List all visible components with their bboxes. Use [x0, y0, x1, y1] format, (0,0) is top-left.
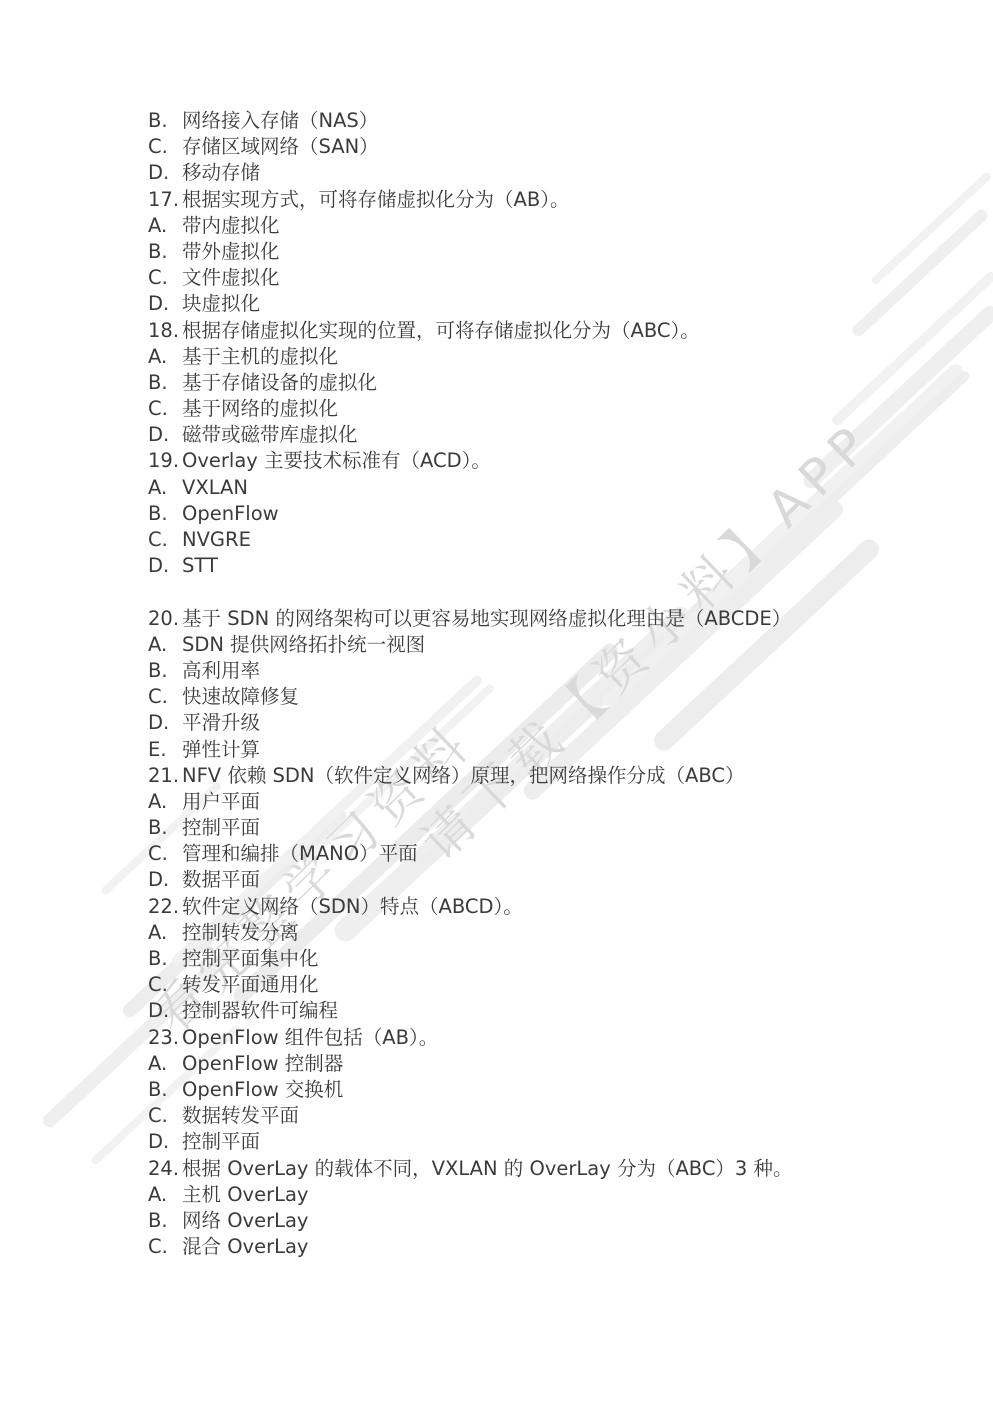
option-line: D.数据平面 [148, 867, 928, 893]
question-line: 24.根据 OverLay 的载体不同，VXLAN 的 OverLay 分为（A… [148, 1156, 928, 1182]
line-text: 移动存储 [182, 160, 260, 186]
option-line: C.快速故障修复 [148, 684, 928, 710]
line-text: 控制转发分离 [182, 920, 299, 946]
line-text: 基于主机的虚拟化 [182, 344, 338, 370]
option-line: B.OpenFlow 交换机 [148, 1077, 928, 1103]
line-text: 用户平面 [182, 789, 260, 815]
line-text: 带内虚拟化 [182, 213, 280, 239]
question-line: 20.基于 SDN 的网络架构可以更容易地实现网络虚拟化理由是（ABCDE） [148, 606, 928, 632]
line-label: D. [148, 160, 182, 186]
line-label: D. [148, 422, 182, 448]
line-text: 高利用率 [182, 658, 260, 684]
document-page: 看完整学习资料 请下载【资小料】APP B.网络接入存储（NAS）C.存储区域网… [0, 0, 993, 1404]
line-text: 数据转发平面 [182, 1103, 299, 1129]
line-text: VXLAN [182, 475, 248, 501]
line-label: B. [148, 501, 182, 527]
question-line: 23.OpenFlow 组件包括（AB）。 [148, 1025, 928, 1051]
line-label: C. [148, 841, 182, 867]
line-text: 基于 SDN 的网络架构可以更容易地实现网络虚拟化理由是（ABCDE） [182, 606, 791, 632]
line-text: 快速故障修复 [182, 684, 299, 710]
line-text: 软件定义网络（SDN）特点（ABCD）。 [182, 894, 523, 920]
line-label: D. [148, 867, 182, 893]
line-label: 18. [148, 318, 182, 344]
option-line: B.OpenFlow [148, 501, 928, 527]
line-text: 存储区域网络（SAN） [182, 134, 379, 160]
option-line: B.网络接入存储（NAS） [148, 108, 928, 134]
option-line: D.平滑升级 [148, 710, 928, 736]
option-line: E.弹性计算 [148, 737, 928, 763]
option-line: B.带外虚拟化 [148, 239, 928, 265]
option-line: D.块虚拟化 [148, 291, 928, 317]
option-line: B.基于存储设备的虚拟化 [148, 370, 928, 396]
option-line: B.网络 OverLay [148, 1208, 928, 1234]
option-line: A.带内虚拟化 [148, 213, 928, 239]
line-label: C. [148, 684, 182, 710]
option-line: A.SDN 提供网络拓扑统一视图 [148, 632, 928, 658]
option-line: B.高利用率 [148, 658, 928, 684]
option-line: A.基于主机的虚拟化 [148, 344, 928, 370]
option-line: C.文件虚拟化 [148, 265, 928, 291]
line-text: 根据实现方式，可将存储虚拟化分为（AB）。 [182, 187, 569, 213]
question-line: 17.根据实现方式，可将存储虚拟化分为（AB）。 [148, 187, 928, 213]
line-text: 弹性计算 [182, 737, 260, 763]
line-label: B. [148, 370, 182, 396]
option-line: C.基于网络的虚拟化 [148, 396, 928, 422]
line-label: B. [148, 946, 182, 972]
line-text: 基于网络的虚拟化 [182, 396, 338, 422]
option-line: C.混合 OverLay [148, 1234, 928, 1260]
line-label: C. [148, 265, 182, 291]
option-line: D.磁带或磁带库虚拟化 [148, 422, 928, 448]
line-text: 根据 OverLay 的载体不同，VXLAN 的 OverLay 分为（ABC）… [182, 1156, 793, 1182]
line-text: Overlay 主要技术标准有（ACD）。 [182, 448, 491, 474]
option-line: C.数据转发平面 [148, 1103, 928, 1129]
option-line: D.控制器软件可编程 [148, 998, 928, 1024]
line-text: 基于存储设备的虚拟化 [182, 370, 377, 396]
line-text: OpenFlow 组件包括（AB）。 [182, 1025, 438, 1051]
line-label: A. [148, 1182, 182, 1208]
option-line: C.管理和编排（MANO）平面 [148, 841, 928, 867]
quiz-question-list: B.网络接入存储（NAS）C.存储区域网络（SAN）D.移动存储17.根据实现方… [148, 108, 928, 1260]
line-label: D. [148, 553, 182, 579]
line-label: E. [148, 737, 182, 763]
option-line: D.移动存储 [148, 160, 928, 186]
line-text: 网络接入存储（NAS） [182, 108, 378, 134]
line-label: B. [148, 658, 182, 684]
line-label: 17. [148, 187, 182, 213]
option-line: D.控制平面 [148, 1129, 928, 1155]
line-text: 根据存储虚拟化实现的位置，可将存储虚拟化分为（ABC）。 [182, 318, 700, 344]
line-text: STT [182, 553, 218, 579]
line-text: NFV 依赖 SDN（软件定义网络）原理，把网络操作分成（ABC） [182, 763, 745, 789]
option-line: A.用户平面 [148, 789, 928, 815]
line-label: A. [148, 1051, 182, 1077]
line-text: 磁带或磁带库虚拟化 [182, 422, 358, 448]
line-label: C. [148, 1103, 182, 1129]
line-text: 块虚拟化 [182, 291, 260, 317]
line-label: B. [148, 815, 182, 841]
line-label: 22. [148, 894, 182, 920]
line-text: OpenFlow [182, 501, 279, 527]
option-line: B.控制平面集中化 [148, 946, 928, 972]
option-line: C.转发平面通用化 [148, 972, 928, 998]
line-text: OpenFlow 控制器 [182, 1051, 343, 1077]
question-line: 19.Overlay 主要技术标准有（ACD）。 [148, 448, 928, 474]
line-text: 转发平面通用化 [182, 972, 319, 998]
line-label: B. [148, 1077, 182, 1103]
line-label: D. [148, 291, 182, 317]
option-line: B.控制平面 [148, 815, 928, 841]
option-line: A.VXLAN [148, 475, 928, 501]
line-text: SDN 提供网络拓扑统一视图 [182, 632, 425, 658]
line-label: A. [148, 344, 182, 370]
line-text: 主机 OverLay [182, 1182, 308, 1208]
line-label: C. [148, 1234, 182, 1260]
option-line: C.存储区域网络（SAN） [148, 134, 928, 160]
option-line: A.控制转发分离 [148, 920, 928, 946]
line-label: 23. [148, 1025, 182, 1051]
option-line: C.NVGRE [148, 527, 928, 553]
line-label: C. [148, 134, 182, 160]
option-line: A.OpenFlow 控制器 [148, 1051, 928, 1077]
line-label: D. [148, 710, 182, 736]
line-label: 24. [148, 1156, 182, 1182]
line-label: D. [148, 998, 182, 1024]
question-line: 18.根据存储虚拟化实现的位置，可将存储虚拟化分为（ABC）。 [148, 318, 928, 344]
line-text: 平滑升级 [182, 710, 260, 736]
line-label: 20. [148, 606, 182, 632]
line-text: 管理和编排（MANO）平面 [182, 841, 418, 867]
option-line: A.主机 OverLay [148, 1182, 928, 1208]
line-label: A. [148, 920, 182, 946]
line-text: 控制平面集中化 [182, 946, 319, 972]
question-line: 21.NFV 依赖 SDN（软件定义网络）原理，把网络操作分成（ABC） [148, 763, 928, 789]
line-text: 文件虚拟化 [182, 265, 280, 291]
blank-line [148, 579, 928, 605]
line-label: A. [148, 632, 182, 658]
line-text: 控制平面 [182, 815, 260, 841]
line-label: A. [148, 213, 182, 239]
line-text: OpenFlow 交换机 [182, 1077, 343, 1103]
line-text: 控制平面 [182, 1129, 260, 1155]
line-text: NVGRE [182, 527, 251, 553]
line-label: B. [148, 1208, 182, 1234]
line-text: 混合 OverLay [182, 1234, 308, 1260]
line-label: A. [148, 475, 182, 501]
line-label: C. [148, 527, 182, 553]
line-text: 数据平面 [182, 867, 260, 893]
question-line: 22.软件定义网络（SDN）特点（ABCD）。 [148, 894, 928, 920]
line-text: 网络 OverLay [182, 1208, 308, 1234]
option-line: D.STT [148, 553, 928, 579]
line-label: 19. [148, 448, 182, 474]
line-label: B. [148, 239, 182, 265]
line-label: B. [148, 108, 182, 134]
line-label: 21. [148, 763, 182, 789]
line-label: A. [148, 789, 182, 815]
line-label: C. [148, 396, 182, 422]
line-text: 控制器软件可编程 [182, 998, 338, 1024]
line-label: C. [148, 972, 182, 998]
line-text: 带外虚拟化 [182, 239, 280, 265]
line-label: D. [148, 1129, 182, 1155]
